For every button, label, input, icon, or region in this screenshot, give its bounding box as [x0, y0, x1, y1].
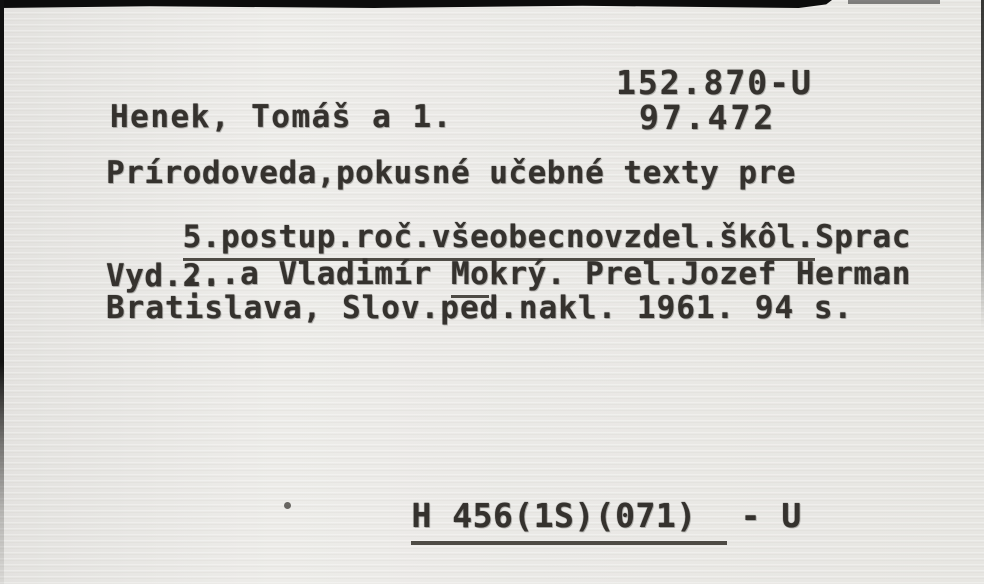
- edition-line: Vyd.2.: [106, 261, 221, 292]
- imprint-line: Bratislava, Slov.ped.nakl. 1961. 94 s.: [106, 293, 853, 324]
- call-number-line: H 456(1S)(071)- U: [330, 466, 802, 565]
- contributors-pre-text: ...a Vladimír: [183, 256, 451, 292]
- title-line: Prírodoveda,pokusné učebné texty pre: [106, 158, 796, 189]
- scan-edge-left: [0, 0, 4, 584]
- classification-number-secondary: 97.472: [639, 101, 776, 134]
- catalog-card: 152.870-U 97.472 Henek, Tomáš a 1. Príro…: [0, 0, 984, 584]
- author-heading: Henek, Tomáš a 1.: [110, 102, 453, 133]
- call-number-suffix: - U: [727, 496, 802, 535]
- scan-edge-top: [0, 0, 832, 8]
- contributors-post-text: krý. Prel.Jozef Herman: [489, 256, 911, 292]
- ink-speck: [284, 502, 291, 509]
- call-number-text: H 456(1S)(071): [411, 496, 726, 545]
- classification-number-primary: 152.870-U: [616, 66, 813, 99]
- scan-edge-top-dash: [848, 0, 940, 4]
